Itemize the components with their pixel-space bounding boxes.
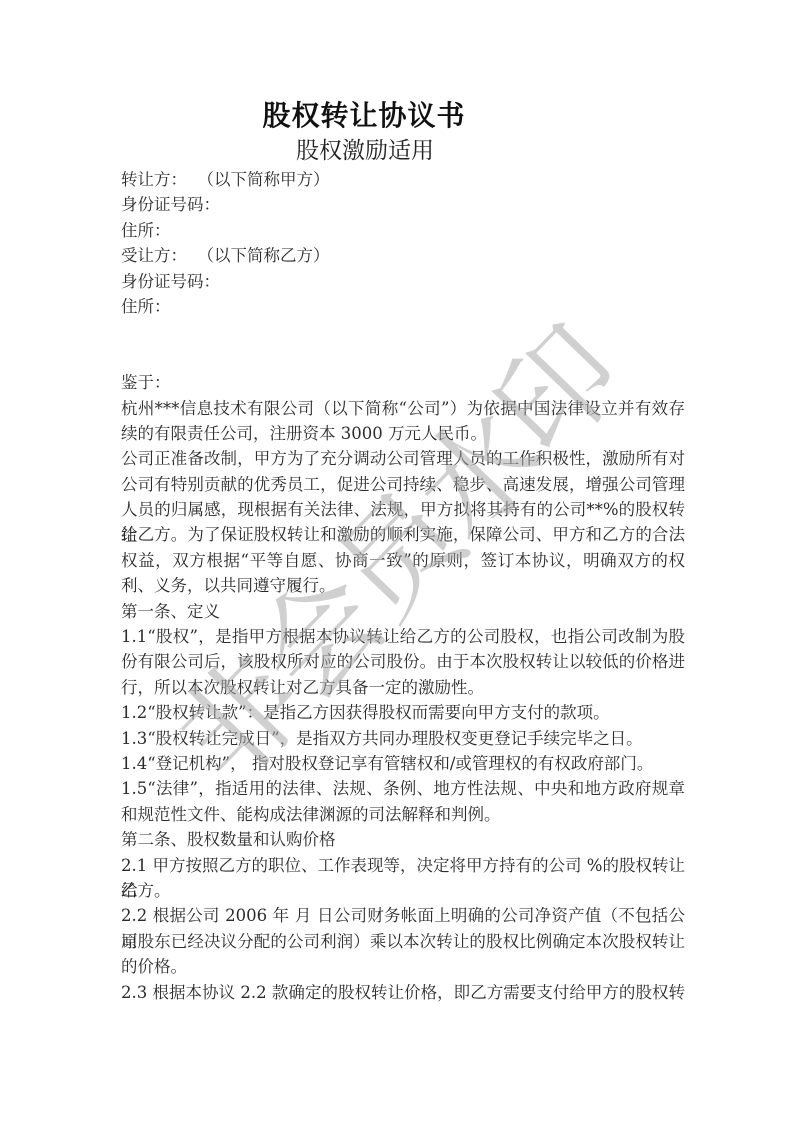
document-page: 股权转让协议书 股权激励适用 转让方： （以下简称甲方） 身份证号码： 住所： … — [0, 0, 800, 1132]
text-line: 1.5“法律”，指适用的法律、法规、条例、地方性法规、中央和地方政府规章 — [121, 776, 685, 801]
text-line: 2.1 甲方按照乙方的职位、工作表现等，决定将甲方持有的公司 %的股权转让给 — [121, 853, 685, 878]
text-line: 杭州***信息技术有限公司（以下简称“公司”）为依据中国法律设立并有效存 — [121, 396, 685, 421]
transferor-address-line: 住所： — [121, 218, 685, 243]
text-line: 公司有特别贡献的优秀员工，促进公司持续、稳步、高速发展，增强公司管理 — [121, 472, 685, 497]
text-line: 1.2“股权转让款”：是指乙方因获得股权而需要向甲方支付的款项。 — [121, 700, 685, 725]
transferor-line: 转让方： （以下简称甲方） — [121, 167, 685, 192]
text-line: 和规范性文件、能构成法律渊源的司法解释和判例。 — [121, 802, 685, 827]
text-line: 续的有限责任公司，注册资本 3000 万元人民币。 — [121, 421, 685, 446]
text-line: 给乙方。为了保证股权转让和激励的顺利实施，保障公司、甲方和乙方的合法 — [121, 522, 685, 547]
text-line: 第二条、股权数量和认购价格 — [121, 827, 685, 852]
text-line: 乙方。 — [121, 878, 685, 903]
body-paragraphs: 杭州***信息技术有限公司（以下简称“公司”）为依据中国法律设立并有效存续的有限… — [121, 396, 685, 1005]
transferee-line: 受让方： （以下简称乙方） — [121, 243, 685, 268]
transferor-id-line: 身份证号码： — [121, 192, 685, 217]
text-line: 份有限公司后，该股权所对应的公司股份。由于本次股权转让以较低的价格进 — [121, 649, 685, 674]
text-line: 1.1“股权”，是指甲方根据本协议转让给乙方的公司股权，也指公司改制为股 — [121, 624, 685, 649]
whereas-heading: 鉴于： — [121, 370, 685, 395]
text-line: 1.3“股权转让完成日”，是指双方共同办理股权变更登记手续完毕之日。 — [121, 726, 685, 751]
text-line: 2.2 根据公司 2006 年 月 日公司财务帐面上明确的公司净资产值（不包括公… — [121, 903, 685, 928]
text-line: 2.3 根据本协议 2.2 款确定的股权转让价格，即乙方需要支付给甲方的股权转 — [121, 980, 685, 1005]
document-title: 股权转让协议书 — [0, 98, 728, 134]
document-subtitle: 股权激励适用 — [0, 136, 730, 166]
text-line: 人员的归属感，现根据有关法律、法规，甲方拟将其持有的公司**%的股权转让 — [121, 497, 685, 522]
text-line: 利、义务，以共同遵守履行。 — [121, 573, 685, 598]
spacer — [121, 319, 685, 370]
parties-block: 转让方： （以下简称甲方） 身份证号码： 住所： 受让方： （以下简称乙方） 身… — [121, 167, 685, 319]
text-line: 第一条、定义 — [121, 599, 685, 624]
text-line: 权益，双方根据“平等自愿、协商一致”的原则，签订本协议，明确双方的权 — [121, 548, 685, 573]
text-line: 原股东已经决议分配的公司利润）乘以本次转让的股权比例确定本次股权转让 — [121, 929, 685, 954]
text-line: 行，所以本次股权转让对乙方具备一定的激励性。 — [121, 675, 685, 700]
document-body: 转让方： （以下简称甲方） 身份证号码： 住所： 受让方： （以下简称乙方） 身… — [121, 167, 685, 1005]
text-line: 1.4“登记机构”， 指对股权登记享有管辖权和/或管理权的有权政府部门。 — [121, 751, 685, 776]
text-line: 公司正准备改制，甲方为了充分调动公司管理人员的工作积极性，激励所有对 — [121, 446, 685, 471]
transferee-id-line: 身份证号码： — [121, 269, 685, 294]
transferee-address-line: 住所： — [121, 294, 685, 319]
text-line: 的价格。 — [121, 954, 685, 979]
